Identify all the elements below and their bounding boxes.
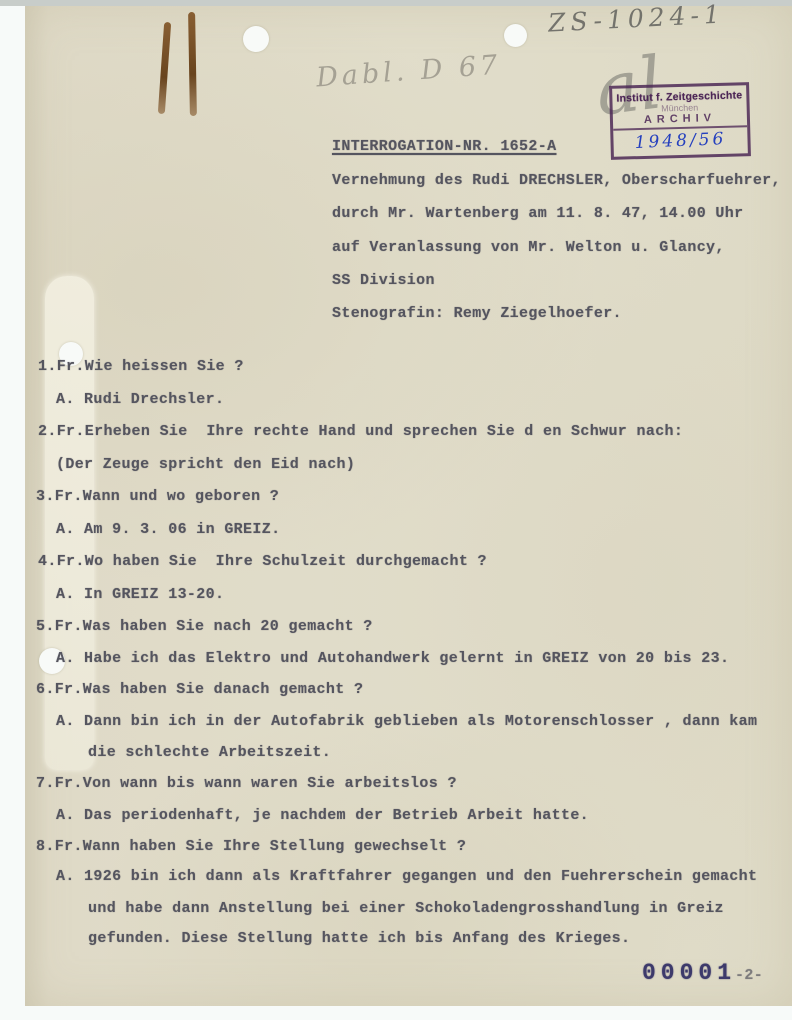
question-3: 3.Fr.Wann und wo geboren ? xyxy=(36,488,279,505)
answer-6-line-1: A. Dann bin ich in der Autofabrik geblie… xyxy=(56,713,757,730)
archive-stamp: Institut f. Zeitgeschichte München ARCHI… xyxy=(609,82,751,160)
question-8: 8.Fr.Wann haben Sie Ihre Stellung gewech… xyxy=(36,838,466,855)
typed-page-number: -2- xyxy=(735,967,763,984)
question-2: 2.Fr.Erheben Sie Ihre rechte Hand und sp… xyxy=(38,423,683,440)
question-6: 6.Fr.Was haben Sie danach gemacht ? xyxy=(36,681,363,698)
archive-stamp-archiv: ARCHIV xyxy=(613,111,747,127)
header-subject-line: Vernehmung des Rudi DRECHSLER, Oberschar… xyxy=(332,172,781,189)
question-7: 7.Fr.Von wann bis wann waren Sie arbeits… xyxy=(36,775,457,792)
answer-8-line-2: und habe dann Anstellung bei einer Schok… xyxy=(88,900,724,917)
page-number-stamp: 00001 xyxy=(642,960,736,986)
question-4: 4.Fr.Wo haben Sie Ihre Schulzeit durchge… xyxy=(38,553,487,570)
header-authority-line: auf Veranlassung von Mr. Welton u. Glanc… xyxy=(332,239,725,256)
answer-8-line-1: A. 1926 bin ich dann als Kraftfahrer geg… xyxy=(56,868,757,885)
answer-6-line-2: die schlechte Arbeitszeit. xyxy=(88,744,331,761)
question-1: 1.Fr.Wie heissen Sie ? xyxy=(38,358,244,375)
answer-5: A. Habe ich das Elektro und Autohandwerk… xyxy=(56,650,729,667)
archive-stamp-number: 1948/56 xyxy=(613,126,748,154)
answer-4: A. In GREIZ 13-20. xyxy=(56,586,224,603)
answer-3: A. Am 9. 3. 06 in GREIZ. xyxy=(56,521,280,538)
document-title: INTERROGATION-NR. 1652-A xyxy=(332,138,556,155)
document-scan: ZS-1024-1 al Dabl. D 67 Institut f. Zeit… xyxy=(0,0,792,1020)
answer-1: A. Rudi Drechsler. xyxy=(56,391,224,408)
punch-hole xyxy=(504,24,527,47)
header-stenographer-line: Stenografin: Remy Ziegelhoefer. xyxy=(332,305,622,322)
answer-2-note: (Der Zeuge spricht den Eid nach) xyxy=(56,456,355,473)
header-division-line: SS Division xyxy=(332,272,435,289)
header-interrogator-line: durch Mr. Wartenberg am 11. 8. 47, 14.00… xyxy=(332,205,743,222)
punch-hole xyxy=(243,26,269,52)
question-5: 5.Fr.Was haben Sie nach 20 gemacht ? xyxy=(36,618,373,635)
answer-7: A. Das periodenhaft, je nachdem der Betr… xyxy=(56,807,589,824)
answer-8-line-3: gefunden. Diese Stellung hatte ich bis A… xyxy=(88,930,630,947)
